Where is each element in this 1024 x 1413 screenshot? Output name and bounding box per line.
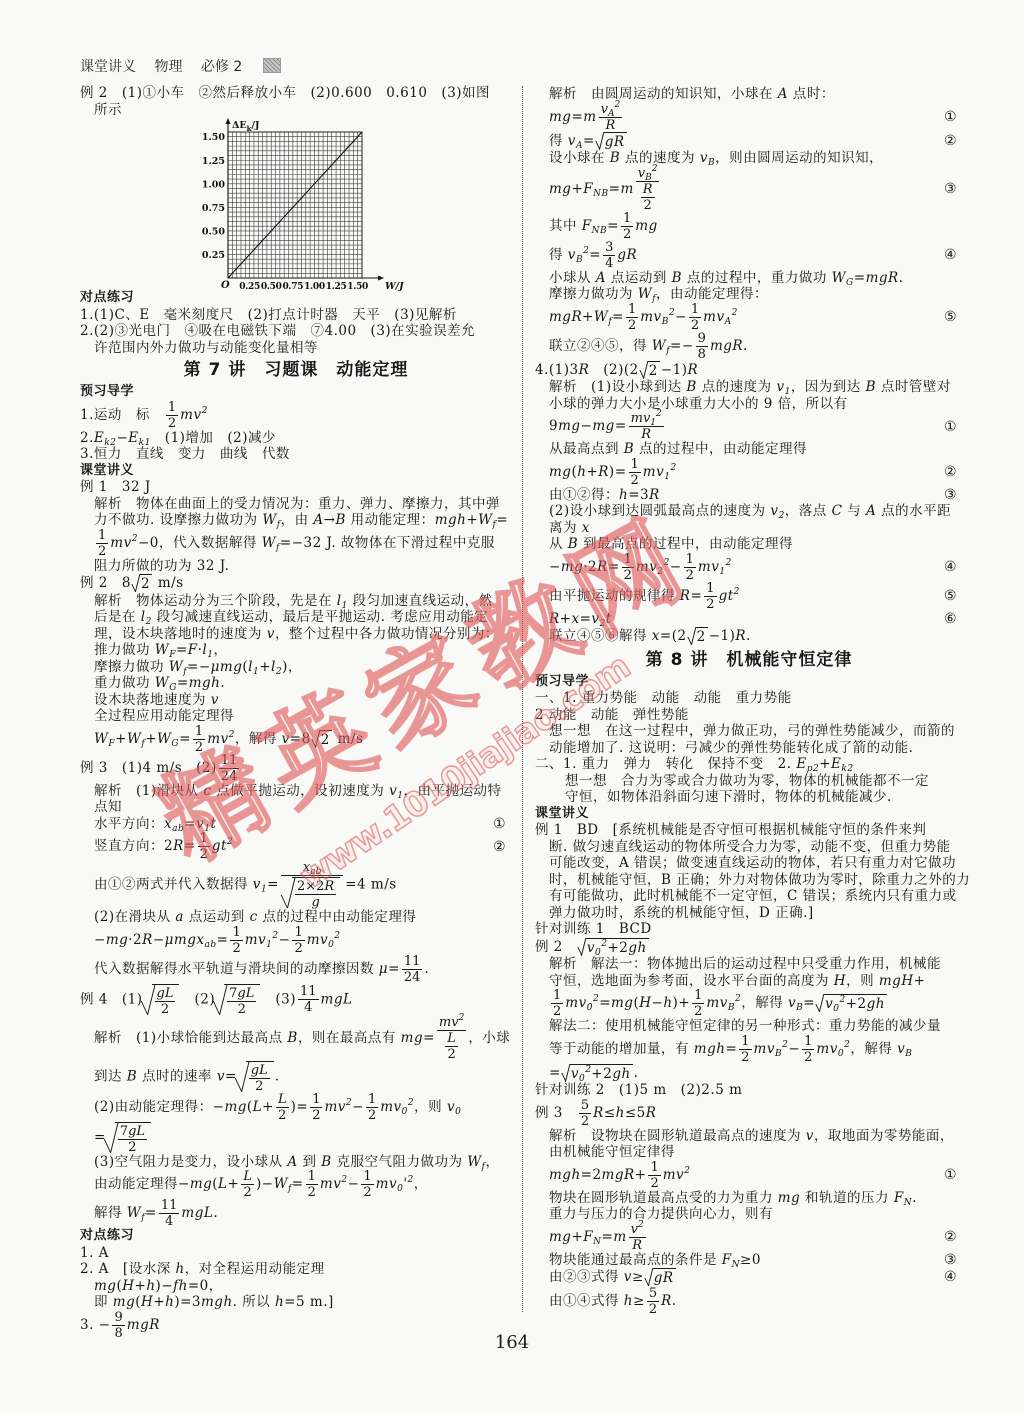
text-line: 12mv02=mg(H−h)+12mvB2，解得 vB=v02+2gh <box>535 989 963 1018</box>
fraction: 12 <box>689 303 701 332</box>
text-run: 24 <box>404 970 421 985</box>
subscript: A <box>725 317 732 327</box>
text-run: 代入数据解得水平轨道与滑块间的动摩擦因数 <box>94 961 379 977</box>
text-run: . <box>424 961 429 977</box>
text-line: 摩擦力做功为 Wf，由动能定理得： <box>535 286 963 303</box>
subscript: B <box>728 1003 735 1013</box>
numerator: mv2 <box>437 1016 466 1031</box>
text-line: 由①④式得 h≥52R. <box>535 1287 963 1316</box>
text-run: v <box>196 816 204 832</box>
text-line: 例 1 32 J <box>80 479 512 496</box>
text-line: 小球从 A 点运动到 B 点的过程中，重力做功 WG=mgR. <box>535 270 963 287</box>
text-run: 点的过程中，由动能定理得 <box>634 441 807 457</box>
text-run: h <box>146 1278 155 1294</box>
text-line: 例 2 (1)①小车 ②然后释放小车 (2)0.600 0.610 (3)如图 <box>80 85 512 102</box>
text-run: 例 4 (1) <box>80 991 143 1007</box>
text-run: = <box>184 816 196 832</box>
superscript: 2 <box>734 587 740 597</box>
text-run: − <box>652 995 664 1011</box>
text-line: 例 3 52R≤h≤5R <box>535 1099 963 1128</box>
text-run: gh <box>867 996 885 1012</box>
text-line: 重力与压力的合力提供向心力，则有 <box>535 1206 963 1223</box>
text-line: 时，机械能守恒，B 正确；外力对物体做功为零时，除重力之外的力 <box>535 872 963 889</box>
text-run: v <box>591 611 599 627</box>
text-line: 解法二：使用机械能守恒定律的另一种形式：重力势能的减少量 <box>535 1018 963 1035</box>
text-run: + <box>819 756 831 772</box>
text-run: 水平方向： <box>94 816 164 832</box>
text-run: 2 <box>650 1176 658 1191</box>
subscript: 1 <box>719 567 725 577</box>
radicand: gL2 <box>152 984 180 1016</box>
text-run: =−32 J. 故物体在下滑过程中克服 <box>280 535 495 551</box>
text-run: v <box>624 1269 632 1285</box>
text-run: (2)设小球到达圆弧最高点的速度为 <box>549 503 770 519</box>
text-run: =− <box>187 659 211 675</box>
text-run: 解析 (1)设小球到达 <box>549 379 686 395</box>
subscript: 0 <box>833 1004 839 1014</box>
text-run: A <box>725 317 732 327</box>
text-run: 2 <box>732 308 738 318</box>
text-run: 1 <box>686 552 694 567</box>
square-root: v02+2gh <box>816 994 887 1013</box>
radicand: 2×2Rg <box>292 877 340 909</box>
text-run: v <box>806 1128 814 1144</box>
text-line: −mg·2R=12mv22−12mv12④ <box>535 553 963 582</box>
text-run: mg <box>401 1030 423 1046</box>
radicand: v02+2gh <box>570 1064 633 1082</box>
text-run: 时，机械能守恒，B 正确；外力对物体做功为零时，除重力之外的力 <box>549 872 970 888</box>
text-line: 所示 <box>80 102 512 119</box>
text-run: NB <box>593 189 609 199</box>
text-run: v <box>253 877 261 893</box>
text-run: gt <box>212 838 227 854</box>
text-run: = <box>609 181 621 197</box>
text-line: 动能增加了. 这说明：弓减少的弹性势能转化成了箭的动能. <box>535 740 963 757</box>
text-run: 5 <box>649 1286 657 1301</box>
text-run: 2 <box>628 318 636 333</box>
text-run: m/s <box>333 731 364 747</box>
text-run: v <box>571 1066 579 1082</box>
denominator: 8 <box>696 347 708 361</box>
text-run: = <box>176 642 188 658</box>
text-run: (2)(2 <box>589 361 638 377</box>
square-root: gR <box>645 1268 676 1287</box>
text-run: F <box>722 1252 732 1268</box>
fraction: 12 <box>310 1093 322 1122</box>
denominator: 2 <box>96 544 108 558</box>
text-run: R <box>646 1105 657 1121</box>
radicand: 2 <box>648 361 660 379</box>
text-run: mgH <box>879 973 914 989</box>
text-run: 克服空气阻力做功为 <box>332 1154 468 1170</box>
text-run: = <box>267 877 279 893</box>
text-run: h <box>624 1293 633 1309</box>
text-run: 2 <box>459 1013 465 1023</box>
superscript: 2 <box>638 1220 644 1230</box>
text-run: = <box>292 1176 304 1192</box>
text-run: 例 2 8 <box>80 575 131 591</box>
text-run: 1.(1)C、E 毫米刻度尺 (2)打点计时器 天平 (3)见解析 <box>80 307 457 323</box>
text-line: 其中 FNB=12mg <box>535 212 963 241</box>
text-run: W <box>94 731 108 747</box>
running-header: 课堂讲义 物理 必修 2 <box>80 58 295 75</box>
text-run: 重力与压力的合力提供向心力，则有 <box>549 1206 773 1222</box>
text-run: 点的速度为 <box>620 150 700 166</box>
left-column-intro: 例 2 (1)①小车 ②然后释放小车 (2)0.600 0.610 (3)如图所… <box>80 85 512 118</box>
text-run: mgh <box>435 512 467 528</box>
text-run: 2 <box>553 1004 561 1019</box>
text-run: v <box>282 731 290 747</box>
text-run: 点的过程中由动能定理得 <box>258 909 417 925</box>
text-run: − <box>348 1176 360 1192</box>
chapter-heading: 第 7 讲 习题课 动能定理 <box>80 359 512 381</box>
text-line: 针对训练 2 (1)5 m (2)2.5 m <box>535 1082 963 1099</box>
text-line: 从 B 到最高点的过程中，由动能定理得 <box>535 536 963 553</box>
equation-number: ③ <box>944 181 957 198</box>
text-line: mg(h+R)=12mv12② <box>535 458 963 487</box>
text-run: L <box>243 1169 252 1184</box>
fraction: 12 <box>230 926 242 955</box>
numerator: 1 <box>198 832 210 847</box>
numerator: 1 <box>310 1093 322 1108</box>
text-run: 设木块落地速度为 <box>94 692 211 708</box>
fraction: 12 <box>629 458 641 487</box>
text-run: )− <box>256 1176 274 1192</box>
text-run: 1 <box>195 724 203 739</box>
text-line: 力不做功. 设摩擦力做功为 Wf，由 A→B 用动能定理：mgh+Wf= <box>80 512 512 529</box>
text-run: ，取地面为零势能面， <box>814 1128 954 1144</box>
text-run: E <box>796 756 806 772</box>
numerator: 1 <box>193 725 205 740</box>
text-run: mgR <box>866 270 899 286</box>
kinetic-energy-vs-work-chart: 0.250.500.751.001.251.500.250.500.751.00… <box>80 118 512 290</box>
text-run: 1 <box>706 581 714 596</box>
text-run: 解析 物体在曲面上的受力情况为：重力、弹力、摩擦力，其中弹 <box>94 496 500 512</box>
text-run: −0，代入数据解得 <box>138 535 262 551</box>
text-run: W <box>262 512 276 528</box>
chapter-heading: 第 8 讲 机械能守恒定律 <box>535 649 963 671</box>
text-run: 例 3 <box>535 1105 577 1121</box>
data-line <box>228 132 362 278</box>
text-run: 解析 物体运动分为三个阶段，先是在 <box>94 593 337 609</box>
text-run: 竖直方向：2 <box>94 838 173 854</box>
text-run: W <box>127 1205 141 1221</box>
text-line: 弹力做功时，系统的机械能守恒，D 正确.] <box>535 905 963 922</box>
text-run: − <box>279 932 291 948</box>
text-run: mgR <box>127 1317 160 1333</box>
equation-number: ② <box>944 133 957 150</box>
subscript: 0 <box>587 1003 593 1013</box>
text-line: 物块能通过最高点的条件是 FN≥0③ <box>535 1252 963 1269</box>
text-run: v <box>770 503 778 519</box>
text-run: mgh <box>189 675 221 691</box>
text-run: F <box>188 642 198 658</box>
text-run: gR <box>654 1270 674 1286</box>
right-column: 解析 由圆周运动的知识知，小球在 A 点时：mg=mvA2R①得 vA=gR②设… <box>535 86 963 1316</box>
numerator: 1 <box>739 1035 751 1050</box>
radicand: 2 <box>140 574 152 592</box>
text-run: 2 <box>202 406 208 416</box>
text-run: = <box>177 675 189 691</box>
text-run: v <box>587 940 595 956</box>
text-run: 1 <box>628 302 636 317</box>
text-run: mgR <box>602 1167 635 1183</box>
text-run: mv <box>439 1015 459 1030</box>
subscript: B <box>662 317 669 327</box>
text-run: 1 <box>308 1169 316 1184</box>
text-line: 点知 <box>80 799 512 816</box>
text-run: + <box>571 1229 583 1245</box>
numerator: L <box>445 1032 458 1047</box>
text-run: 1.运动 标 <box>80 407 164 423</box>
text-run: 点时的速率 <box>137 1068 217 1084</box>
text-run: B <box>610 150 620 166</box>
equation-number: ① <box>944 109 957 126</box>
fraction: L2 <box>241 1170 254 1199</box>
fraction: 7gL2 <box>227 987 256 1016</box>
text-run: B <box>287 1030 297 1046</box>
text-run: m <box>583 109 596 125</box>
text-run: . <box>634 1064 639 1080</box>
text-run: 2 <box>238 1002 246 1017</box>
text-run: = <box>179 731 191 747</box>
text-run: R <box>643 182 653 197</box>
text-run: − <box>675 309 687 325</box>
text-run: L <box>253 1099 262 1115</box>
fraction: 12 <box>622 553 634 582</box>
text-run: 到最高点的过程中，由动能定理得 <box>578 536 793 552</box>
superscript: 2 <box>334 931 340 941</box>
denominator: 2 <box>155 1002 176 1016</box>
fraction: v2R <box>629 1223 646 1252</box>
text-run: 1 <box>623 211 631 226</box>
text-run: 2 <box>694 1004 702 1019</box>
text-run: 4 <box>605 256 613 271</box>
fraction: L2 <box>445 1032 458 1061</box>
text-run: 2 <box>684 1166 690 1176</box>
text-run: 联立④⑤⑥解得 <box>549 628 652 644</box>
text-run: (3) <box>261 991 296 1007</box>
denominator: 2 <box>684 568 696 582</box>
text-run: mgh <box>694 1041 726 1057</box>
text-run: H <box>122 1278 134 1294</box>
radicand: 2 <box>320 730 332 748</box>
text-run: 点时管壁对 <box>876 379 951 395</box>
text-run: gL <box>237 986 254 1001</box>
text-run: 想一想 在这一过程中，弹力做正功，弓的弹性势能减少，而箭的 <box>549 723 955 739</box>
text-run: gL <box>251 1063 268 1078</box>
text-run: G <box>171 739 179 749</box>
text-line: 设小球在 B 点的速度为 vB，则由圆周运动的知识知， <box>535 150 963 167</box>
text-run: 理，设木块落地时的速度为 <box>94 626 267 642</box>
radicand: 2 <box>696 627 708 645</box>
equation-number: ② <box>493 838 506 855</box>
text-run: x <box>571 611 579 627</box>
text-run: 0 <box>587 1003 593 1013</box>
denominator: 2 <box>704 597 716 611</box>
equation-number: ⑤ <box>944 588 957 605</box>
text-run: 点知 <box>94 799 122 815</box>
text-run: . <box>899 270 904 286</box>
text-run: − <box>352 1099 364 1115</box>
equation-number: ① <box>944 418 957 435</box>
text-run: 由平抛运动的规律得 <box>549 588 680 604</box>
text-line: 全过程应用动能定理得 <box>80 708 512 725</box>
text-run: 解析 (1)小球恰能到达最高点 <box>94 1030 287 1046</box>
text-line: 解析 物体在曲面上的受力情况为：重力、弹力、摩擦力，其中弹 <box>80 496 512 513</box>
text-run: v <box>631 1222 638 1237</box>
text-run: = <box>184 838 196 854</box>
fraction: 12 <box>739 1035 751 1064</box>
text-run: v <box>788 995 796 1011</box>
text-run: 例 2 <box>535 938 577 954</box>
text-run: mgR <box>710 338 743 354</box>
text-run: + <box>586 464 598 480</box>
text-line: 守恒，选地面为参考面，设水平台面的高度为 H，则 mgH+ <box>535 973 963 990</box>
text-run: mg <box>592 418 614 434</box>
text-line: 1.(1)C、E 毫米刻度尺 (2)打点计时器 天平 (3)见解析 <box>80 307 512 324</box>
text-run: ≥ <box>632 1269 644 1285</box>
text-line: 3.恒力 直线 变力 曲线 代数 <box>80 446 512 463</box>
text-run: − <box>670 559 682 575</box>
text-line: 2. A [设水深 h，对全程运用动能定理 <box>80 1261 512 1278</box>
text-run: =(2 <box>660 628 687 644</box>
text-run: 对点练习 <box>80 290 134 305</box>
numerator: 1 <box>689 303 701 318</box>
text-run: 24 <box>221 769 238 784</box>
text-run: 2 <box>624 568 632 583</box>
text-run: 1 <box>98 528 106 543</box>
text-run: 点运动到 <box>606 270 672 286</box>
equation-number: ④ <box>944 1269 957 1286</box>
text-run: 2 <box>670 463 676 473</box>
numerator: 11 <box>219 754 240 769</box>
text-run: h <box>165 1294 174 1310</box>
section-label: 预习导学 <box>535 674 963 691</box>
text-line: 例 1 BD [系统机械能是否守恒可根据机械能守恒的条件来判 <box>535 822 963 839</box>
text-run: . <box>746 628 751 644</box>
text-run: = <box>615 418 627 434</box>
superscript: 2 <box>202 406 208 416</box>
fraction: 1124 <box>219 754 240 783</box>
text-run: 11 <box>404 954 421 969</box>
text-run: 想一想 合力为零或合力做功为零，物体的机械能都不一定 <box>565 773 929 789</box>
fraction: 12 <box>648 1161 660 1190</box>
text-run: B <box>686 379 696 395</box>
text-run: 2 <box>363 1185 371 1200</box>
text-run: 1 <box>691 302 699 317</box>
text-run: mgR <box>549 309 582 325</box>
text-run: = <box>549 1064 561 1080</box>
text-run: mv <box>816 1041 837 1057</box>
text-run: = <box>388 961 400 977</box>
text-line: 即 mg(H+h)=3mgh. 所以 h=5 m.] <box>80 1294 512 1311</box>
document-page: 课堂讲义 物理 必修 2 例 2 (1)①小车 ②然后释放小车 (2)0.600… <box>0 0 1024 1413</box>
text-run: W <box>169 659 183 675</box>
numerator: 11 <box>402 955 423 970</box>
text-run: 2 <box>706 597 714 612</box>
denominator: 2 <box>193 740 205 754</box>
text-run: c <box>250 909 258 925</box>
text-run: B <box>905 1049 912 1059</box>
text-run: C <box>832 503 843 519</box>
numerator: R <box>641 183 655 198</box>
text-run: = <box>94 1129 106 1145</box>
denominator: g <box>295 895 336 909</box>
text-run: mv <box>320 1176 341 1192</box>
denominator: L2 <box>437 1031 466 1061</box>
text-run: . <box>220 675 225 691</box>
text-run: 7 <box>120 1124 128 1139</box>
text-run: B <box>624 441 634 457</box>
text-run: 1 <box>200 831 208 846</box>
text-run: 1 <box>232 925 240 940</box>
text-run: + <box>262 1099 274 1115</box>
text-run: 0 <box>833 1004 839 1014</box>
fraction: 12 <box>366 1093 378 1122</box>
text-run: mv <box>636 559 657 575</box>
text-run: 2 <box>308 1185 316 1200</box>
denominator: 2 <box>579 1114 591 1128</box>
text-run: 5 <box>581 1098 589 1113</box>
text-run: )− <box>156 1278 174 1294</box>
text-line: 守恒，如物体沿斜面匀速下滑时，物体的机械能减少. <box>535 789 963 806</box>
denominator: 2 <box>641 198 655 212</box>
text-line: 物块在圆形轨道最高点受的力为重力 mg 和轨道的压力 FN. <box>535 1190 963 1207</box>
text-run: mgh <box>201 1294 233 1310</box>
text-run: 解法二：使用机械能守恒定律的另一种形式：重力势能的减少量 <box>549 1018 941 1034</box>
fraction: 12 <box>306 1170 318 1199</box>
numerator: 7gL <box>118 1125 147 1140</box>
text-run: 课堂讲义 <box>535 806 589 821</box>
text-run: = <box>583 132 595 148</box>
text-run: 2 <box>98 544 106 559</box>
text-run: v <box>825 996 833 1012</box>
text-run: mg <box>106 932 128 948</box>
equation-number: ③ <box>944 487 957 504</box>
text-run: 2 <box>741 1050 749 1065</box>
text-run: 0 <box>402 1107 408 1117</box>
equation-number: ④ <box>944 247 957 264</box>
denominator: 2 <box>689 318 701 332</box>
text-run: R <box>324 879 334 894</box>
fraction: 7gL2 <box>118 1125 147 1154</box>
numerator: 1 <box>621 212 633 227</box>
text-line: 例 2 82 m/s <box>80 574 512 593</box>
text-run: ，解得 <box>741 995 788 1011</box>
text-run: B <box>321 1154 331 1170</box>
numerator: L <box>241 1170 254 1185</box>
text-run: ，小球 <box>468 1030 510 1046</box>
text-run: mg <box>558 418 580 434</box>
text-run: v <box>389 783 397 799</box>
numerator: 5 <box>579 1099 591 1114</box>
text-run: + <box>115 731 127 747</box>
subscript: 2 <box>657 567 663 577</box>
text-run: h <box>619 487 628 503</box>
text-line: (3)空气阻力是变力，设小球从 A 到 B 克服空气阻力做功为 Wf， <box>80 1154 512 1171</box>
text-line: 离为 x <box>535 520 963 537</box>
text-run: x <box>652 628 660 644</box>
equation-number: ③ <box>944 1252 957 1269</box>
numerator: 7gL <box>227 987 256 1002</box>
text-run: ，因为到达 <box>791 379 866 395</box>
text-line: 2.(2)③光电门 ④吸在电磁铁下端 ⑦4.00 (3)在实验误差允 <box>80 323 512 340</box>
text-run: ，对全程运用动能定理 <box>185 1261 325 1277</box>
numerator: 1 <box>704 582 716 597</box>
text-run: W <box>127 731 141 747</box>
text-run: R <box>549 611 560 627</box>
